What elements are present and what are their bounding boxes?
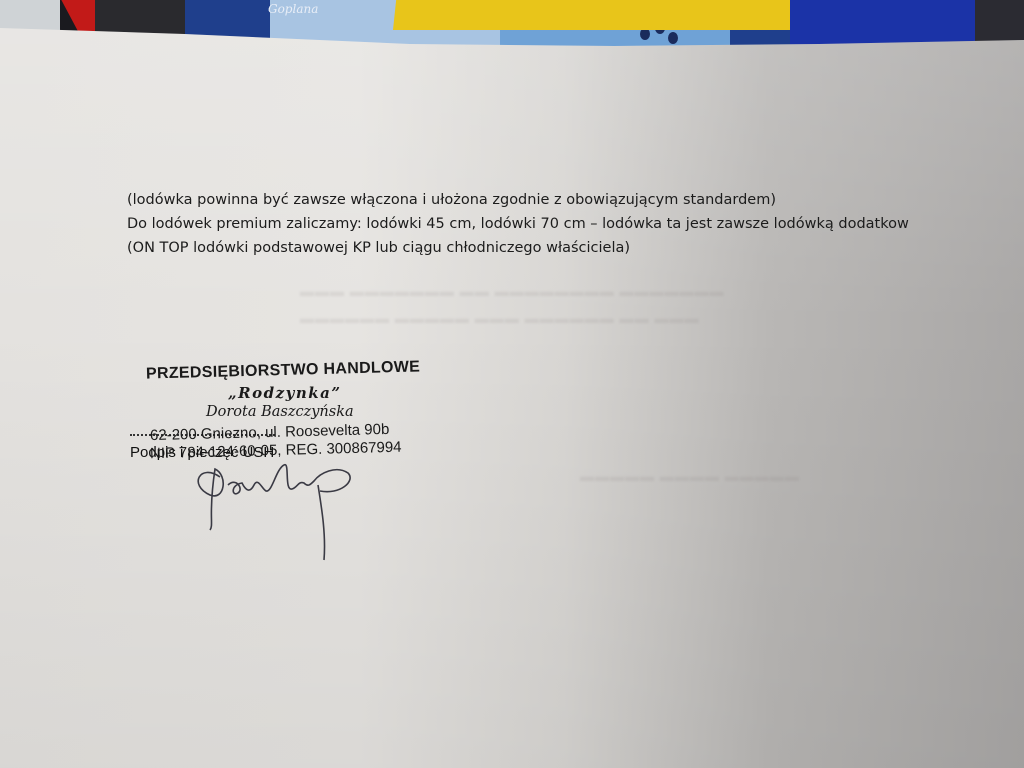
handwritten-signature (180, 455, 390, 570)
document-line: (ON TOP lodówki podstawowej KP lub ciągu… (127, 236, 909, 260)
stamp-owner: Dorota Baszczyńska (206, 404, 354, 420)
package-brand-label: Goplana (268, 2, 318, 16)
paper-shading (0, 28, 1024, 768)
paper-sheet: ▬▬▬ ▬▬▬▬▬▬▬ ▬▬ ▬▬▬▬▬▬▬▬ ▬▬▬▬▬▬▬ ▬▬▬▬▬▬ ▬… (0, 28, 1024, 768)
bleed-through-text: ▬▬▬▬▬▬ ▬▬▬▬▬ ▬▬▬ ▬▬▬▬▬▬ ▬▬ ▬▬▬ (300, 310, 699, 326)
yellow-box (393, 0, 797, 30)
background-dark-right (975, 0, 1024, 45)
bleed-through-text: ▬▬▬ ▬▬▬▬▬▬▬ ▬▬ ▬▬▬▬▬▬▬▬ ▬▬▬▬▬▬▬ (300, 283, 725, 299)
background-white-object (0, 0, 60, 30)
document-line: Do lodówek premium zaliczamy: lodówki 45… (127, 212, 909, 236)
stamp-brand-name: „Rodzynka” (228, 384, 341, 402)
document-body: (lodówka powinna być zawsze włączona i u… (127, 188, 909, 260)
bleed-through-text: ▬▬▬▬▬ ▬▬▬▬ ▬▬▬▬▬ (580, 468, 800, 484)
package-dot (668, 32, 678, 44)
document-line: (lodówka powinna być zawsze włączona i u… (127, 188, 909, 212)
blue-box (790, 0, 975, 45)
